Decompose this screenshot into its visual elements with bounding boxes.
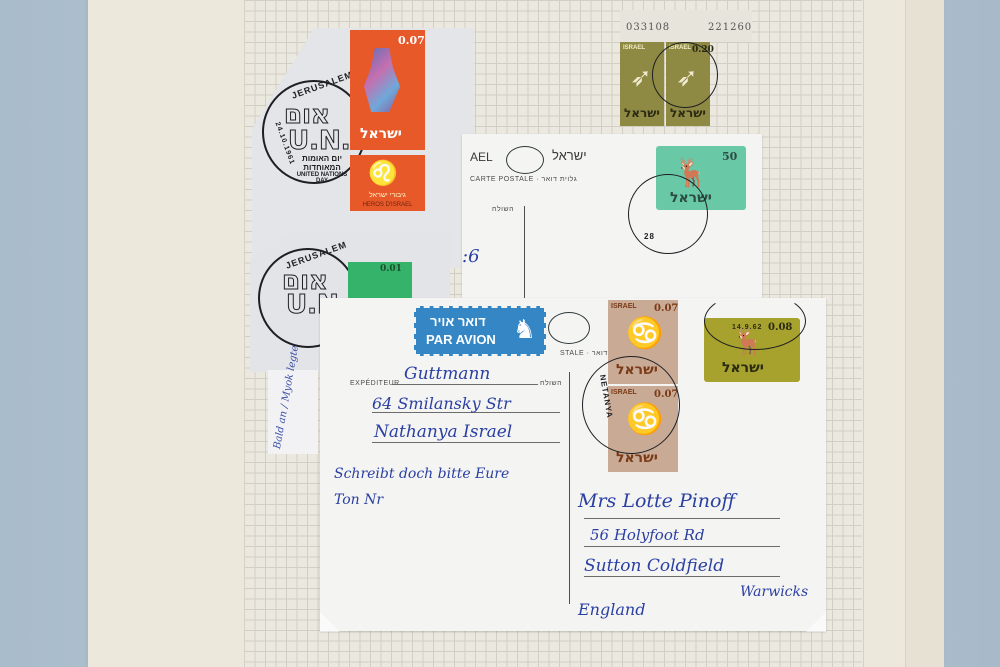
- recipient-town: Sutton Coldfield: [584, 556, 724, 576]
- hero-stamp: 0.07 ישראל: [350, 30, 425, 150]
- control-number-left: 033108: [626, 22, 670, 33]
- archer-postmark: [652, 42, 718, 108]
- tel-aviv-postmark: [628, 174, 708, 254]
- side-note: Bald an / Myok legte: [268, 370, 318, 454]
- hero-stamp-tab: ♌ גיבורי ישראל HEROS D'ISRAEL: [350, 155, 425, 211]
- green-stamp: 0.01: [348, 262, 412, 302]
- control-number-right: 221260: [708, 22, 752, 33]
- recipient-street: 56 Holyfoot Rd: [590, 526, 705, 544]
- lion-icon: ♌: [368, 159, 398, 188]
- airmail-label: דואר אויר PAR AVION ♞: [414, 306, 546, 356]
- netanya-postmark: [582, 356, 680, 454]
- recipient-country: England: [578, 600, 645, 619]
- message-line-2: Ton Nr: [334, 492, 383, 508]
- postcard-top: AEL ישראל CARTE POSTALE · גלוית דואר השו…: [462, 134, 762, 300]
- message-line-1: Schreibt doch bitte Eure: [334, 466, 509, 482]
- sender-name: Guttmann: [404, 364, 490, 384]
- sender-city: Nathanya Israel: [374, 422, 512, 442]
- gazelle-logo-icon: [506, 146, 544, 174]
- crab-icon: ♋: [626, 316, 663, 351]
- recipient-county: Warwicks: [740, 584, 808, 600]
- recipient-name: Mrs Lotte Pinoff: [578, 490, 735, 512]
- imprint-postmark: [704, 292, 806, 350]
- sender-street: 64 Smilansky Str: [372, 394, 511, 413]
- hero-figure-icon: [364, 48, 400, 112]
- gazelle-logo-icon: [548, 312, 590, 344]
- album-page-edge: [905, 0, 944, 667]
- winged-gazelle-icon: ♞: [513, 314, 536, 345]
- archer-icon: ➶: [630, 62, 652, 93]
